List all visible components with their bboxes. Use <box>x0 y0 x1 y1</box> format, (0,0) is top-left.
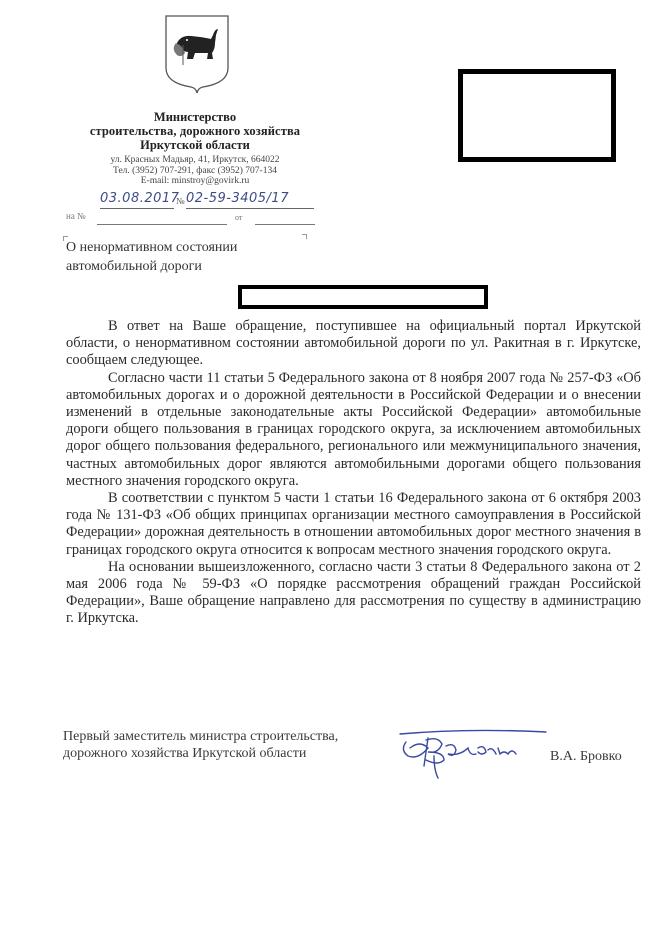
handwritten-signature-icon <box>398 726 548 786</box>
signatory-title: Первый заместитель министра строительств… <box>63 728 393 762</box>
ministry-name: Министерство строительства, дорожного хо… <box>60 110 330 152</box>
paragraph: На основании вышеизложенного, согласно ч… <box>66 559 641 628</box>
subject-line-1: О ненормативном состоянии <box>66 238 237 257</box>
in-reply-label: на № <box>66 211 86 221</box>
paragraph: Согласно части 11 статьи 5 Федерального … <box>66 370 641 490</box>
from-line <box>255 224 315 225</box>
address: ул. Красных Мадьяр, 41, Иркутск, 664022 <box>60 155 330 166</box>
in-reply-line <box>97 224 227 225</box>
registration-number: 02-59-3405/17 <box>186 191 314 209</box>
subject: О ненормативном состоянии автомобильной … <box>66 238 237 276</box>
signatory-name: В.А. Бровко <box>550 749 622 765</box>
from-label: от <box>235 213 242 222</box>
ministry-line-1: Министерство <box>60 110 330 124</box>
registration-date: 03.08.2017 <box>100 191 174 209</box>
signatory-title-line-2: дорожного хозяйства Иркутской области <box>63 745 393 762</box>
ministry-contacts: ул. Красных Мадьяр, 41, Иркутск, 664022 … <box>60 155 330 187</box>
signatory-title-line-1: Первый заместитель министра строительств… <box>63 728 393 745</box>
subject-line-2: автомобильной дороги <box>66 257 237 276</box>
email: E-mail: minstroy@govirk.ru <box>60 176 330 187</box>
redacted-recipient-address <box>458 69 616 162</box>
paragraph: В соответствии с пунктом 5 части 1 стать… <box>66 490 641 559</box>
ministry-line-3: Иркутской области <box>60 138 330 152</box>
coat-of-arms-icon <box>163 13 231 95</box>
phone: Тел. (3952) 707-291, факс (3952) 707-134 <box>60 166 330 177</box>
letter-body: В ответ на Ваше обращение, поступившее н… <box>66 318 641 628</box>
registration-number-label: № <box>176 196 185 206</box>
subject-bracket-right <box>302 234 307 239</box>
ministry-line-2: строительства, дорожного хозяйства <box>60 124 330 138</box>
paragraph: В ответ на Ваше обращение, поступившее н… <box>66 318 641 370</box>
redacted-recipient-name <box>238 285 488 309</box>
